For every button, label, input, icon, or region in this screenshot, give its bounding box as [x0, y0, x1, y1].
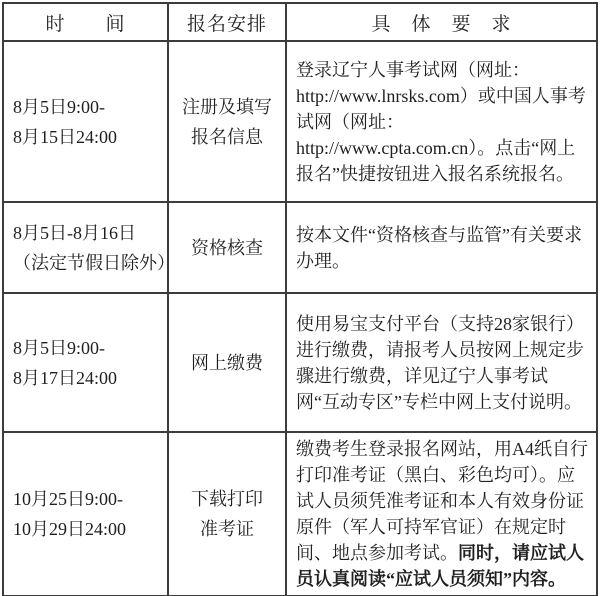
- time-cell: 8月5日-8月16日 （法定节假日除外）: [3, 202, 168, 293]
- time-cell: 8月5日9:00- 8月17日24:00: [3, 293, 168, 432]
- arrangement-line: 报名信息: [169, 122, 285, 152]
- arrangement-cell: 下载打印 准考证: [168, 432, 286, 596]
- arrangement-cell: 注册及填写 报名信息: [168, 41, 286, 202]
- arrangement-cell: 网上缴费: [168, 293, 286, 432]
- time-line: 8月5日9:00-: [13, 92, 167, 122]
- arrangement-cell: 资格核查: [168, 202, 286, 293]
- time-line: （法定节假日除外）: [13, 248, 167, 278]
- requirement-text: 按本文件“资格核查与监管”有关要求办理。: [296, 225, 582, 271]
- time-cell: 10月25日9:00- 10月29日24:00: [3, 432, 168, 596]
- time-line: 8月15日24:00: [13, 122, 167, 152]
- requirement-cell: 登录辽宁人事考试网（网址：http://www.lnrsks.com）或中国人事…: [286, 41, 597, 202]
- time-line: 8月5日9:00-: [13, 333, 167, 363]
- time-cell: 8月5日9:00- 8月15日24:00: [3, 41, 168, 202]
- arrangement-line: 网上缴费: [169, 348, 285, 378]
- table-row-payment: 8月5日9:00- 8月17日24:00 网上缴费 使用易宝支付平台（支持28家…: [3, 293, 597, 432]
- header-arrangement: 报名安排: [168, 3, 286, 41]
- table-row-print-ticket: 10月25日9:00- 10月29日24:00 下载打印 准考证 缴费考生登录报…: [3, 432, 597, 596]
- arrangement-line: 注册及填写: [169, 92, 285, 122]
- time-line: 8月5日-8月16日: [13, 218, 167, 248]
- arrangement-line: 资格核查: [169, 233, 285, 263]
- arrangement-line: 下载打印: [169, 484, 285, 514]
- requirement-cell: 缴费考生登录报名网站，用A4纸自行打印准考证（黑白、彩色均可）。应试人员须凭准考…: [286, 432, 597, 596]
- requirement-text: 使用易宝支付平台（支持28家银行）进行缴费，请报考人员按网上规定步骤进行缴费，详…: [296, 314, 584, 412]
- requirement-text: 登录辽宁人事考试网（网址：http://www.lnrsks.com）或中国人事…: [296, 60, 586, 184]
- table-row-register: 8月5日9:00- 8月15日24:00 注册及填写 报名信息 登录辽宁人事考试…: [3, 41, 597, 202]
- requirement-cell: 使用易宝支付平台（支持28家银行）进行缴费，请报考人员按网上规定步骤进行缴费，详…: [286, 293, 597, 432]
- time-line: 8月17日24:00: [13, 363, 167, 393]
- header-row: 时 间 报名安排 具 体 要 求: [3, 3, 597, 41]
- table-row-qualification: 8月5日-8月16日 （法定节假日除外） 资格核查 按本文件“资格核查与监管”有…: [3, 202, 597, 293]
- arrangement-line: 准考证: [169, 514, 285, 544]
- requirement-cell: 按本文件“资格核查与监管”有关要求办理。: [286, 202, 597, 293]
- time-line: 10月25日9:00-: [13, 484, 167, 514]
- registration-schedule-table: 时 间 报名安排 具 体 要 求 8月5日9:00- 8月15日24:00 注册…: [2, 2, 598, 596]
- time-line: 10月29日24:00: [13, 514, 167, 544]
- header-time: 时 间: [3, 3, 168, 41]
- header-requirements: 具 体 要 求: [286, 3, 597, 41]
